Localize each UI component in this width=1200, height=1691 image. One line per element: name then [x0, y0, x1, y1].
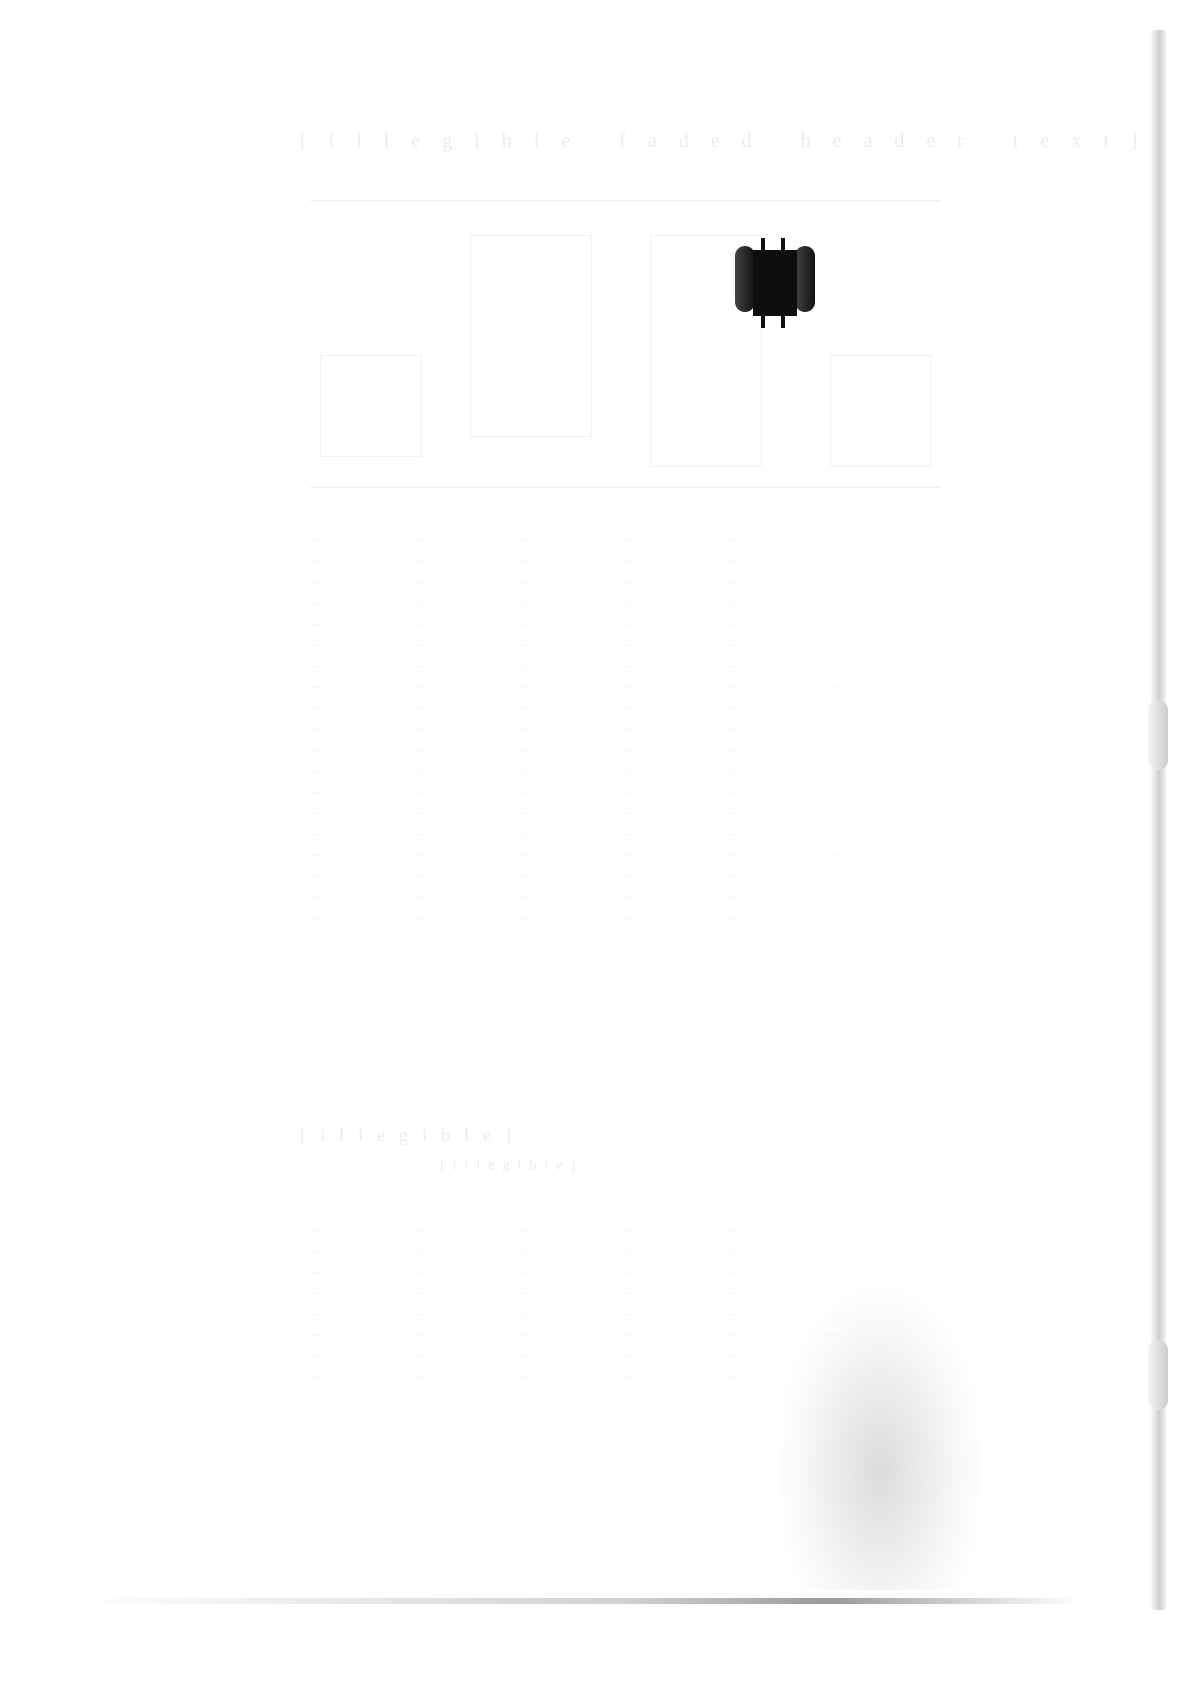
table-cell: ··· — [723, 661, 826, 673]
table-cell: ··· — [723, 619, 826, 631]
table-cell: ··· — [517, 703, 620, 715]
table-cell: ··· — [827, 745, 930, 757]
table-cell: ··· — [827, 619, 930, 631]
table-cell: ··· — [310, 808, 413, 820]
clip-body — [753, 250, 797, 316]
table-cell: ··· — [620, 913, 723, 925]
table-cell: ··· — [827, 808, 930, 820]
table-cell: ··· — [827, 1267, 930, 1279]
table-cell: ··· — [310, 640, 413, 652]
table-cell: ··· — [827, 661, 930, 673]
table-cell: ··· — [413, 829, 516, 841]
table-cell: ··· — [310, 892, 413, 904]
table-cell: ··· — [620, 850, 723, 862]
table-cell: ··· — [620, 619, 723, 631]
table-cell: ··· — [413, 661, 516, 673]
table-cell: ··· — [620, 1309, 723, 1321]
table-row: ·················· — [310, 1220, 930, 1241]
table-cell: ··· — [723, 1267, 826, 1279]
table-cell: ··· — [517, 745, 620, 757]
table-cell: ··· — [517, 850, 620, 862]
table-cell: ··· — [310, 913, 413, 925]
table-cell: ··· — [620, 724, 723, 736]
table-cell: ··· — [723, 703, 826, 715]
table-cell: ··· — [517, 682, 620, 694]
table-cell: ··· — [723, 556, 826, 568]
table-cell: ··· — [413, 682, 516, 694]
table-row: ·················· — [310, 908, 930, 929]
table-row: ·················· — [310, 551, 930, 572]
diagram-box — [470, 235, 592, 437]
table-row: ·················· — [310, 1241, 930, 1262]
binder-tab — [1148, 700, 1168, 770]
table-cell: ··· — [620, 661, 723, 673]
table-row: ·················· — [310, 866, 930, 887]
table-cell: ··· — [413, 577, 516, 589]
table-cell: ··· — [310, 1309, 413, 1321]
table-row: ·················· — [310, 824, 930, 845]
data-table-1: ········································… — [310, 530, 930, 929]
table-cell: ··· — [413, 1267, 516, 1279]
table-cell: ··· — [310, 1246, 413, 1258]
table-cell: ··· — [827, 913, 930, 925]
table-cell: ··· — [517, 871, 620, 883]
table-row: ·················· — [310, 530, 930, 551]
table-cell: ··· — [517, 808, 620, 820]
table-cell: ··· — [723, 766, 826, 778]
table-cell: ··· — [620, 577, 723, 589]
figure-caption: [illegible] — [300, 1125, 940, 1146]
clip-roll — [795, 246, 815, 312]
table-cell: ··· — [620, 829, 723, 841]
table-cell: ··· — [517, 1288, 620, 1300]
table-cell: ··· — [413, 745, 516, 757]
table-cell: ··· — [723, 892, 826, 904]
table-cell: ··· — [413, 556, 516, 568]
table-cell: ··· — [620, 808, 723, 820]
table-cell: ··· — [413, 535, 516, 547]
table-cell: ··· — [517, 829, 620, 841]
clip-pin — [761, 314, 765, 328]
table-cell: ··· — [413, 808, 516, 820]
table-cell: ··· — [413, 1246, 516, 1258]
table-cell: ··· — [413, 640, 516, 652]
table-cell: ··· — [310, 1351, 413, 1363]
table-cell: ··· — [620, 787, 723, 799]
table-cell: ··· — [723, 640, 826, 652]
table-cell: ··· — [517, 577, 620, 589]
table-cell: ··· — [827, 850, 930, 862]
table-row: ·················· — [310, 656, 930, 677]
table-cell: ··· — [413, 619, 516, 631]
table-cell: ··· — [413, 1225, 516, 1237]
table-cell: ··· — [827, 682, 930, 694]
table-cell: ··· — [413, 1372, 516, 1384]
table-cell: ··· — [310, 619, 413, 631]
table-cell: ··· — [827, 535, 930, 547]
table-cell: ··· — [620, 1330, 723, 1342]
table-cell: ··· — [723, 808, 826, 820]
table-cell: ··· — [310, 871, 413, 883]
page-bottom-edge — [80, 1598, 1080, 1604]
table-row: ·················· — [310, 635, 930, 656]
table-row: ·················· — [310, 740, 930, 761]
table-row: ·················· — [310, 761, 930, 782]
table-cell: ··· — [310, 1288, 413, 1300]
table-cell: ··· — [517, 1372, 620, 1384]
table-cell: ··· — [517, 1351, 620, 1363]
table-cell: ··· — [413, 598, 516, 610]
table-cell: ··· — [413, 892, 516, 904]
table-cell: ··· — [517, 661, 620, 673]
table-cell: ··· — [620, 640, 723, 652]
table-cell: ··· — [413, 1351, 516, 1363]
table-cell: ··· — [413, 1288, 516, 1300]
clip-pin — [781, 238, 785, 252]
table-cell: ··· — [827, 577, 930, 589]
table-cell: ··· — [827, 1225, 930, 1237]
table-cell: ··· — [413, 787, 516, 799]
table-row: ·················· — [310, 572, 930, 593]
table-row: ·················· — [310, 677, 930, 698]
table-cell: ··· — [310, 724, 413, 736]
table-cell: ··· — [620, 535, 723, 547]
binder-tab — [1148, 1340, 1168, 1410]
table-cell: ··· — [620, 1288, 723, 1300]
table-cell: ··· — [620, 1372, 723, 1384]
table-cell: ··· — [310, 661, 413, 673]
diagram-box — [320, 355, 422, 457]
table-cell: ··· — [413, 766, 516, 778]
table-cell: ··· — [517, 766, 620, 778]
table-cell: ··· — [517, 1330, 620, 1342]
clip-pin — [761, 238, 765, 252]
table-cell: ··· — [723, 577, 826, 589]
figure-diagram — [310, 205, 940, 475]
page-header: [illegible faded header text] — [300, 130, 940, 153]
figure-caption-2: [illegible] — [440, 1158, 1080, 1174]
table-cell: ··· — [413, 1309, 516, 1321]
table-cell: ··· — [827, 871, 930, 883]
table-cell: ··· — [310, 787, 413, 799]
table-cell: ··· — [517, 556, 620, 568]
table-cell: ··· — [517, 598, 620, 610]
table-cell: ··· — [310, 1330, 413, 1342]
table-cell: ··· — [310, 703, 413, 715]
table-cell: ··· — [310, 745, 413, 757]
table-row: ·················· — [310, 614, 930, 635]
table-cell: ··· — [310, 850, 413, 862]
table-cell: ··· — [723, 724, 826, 736]
table-row: ·················· — [310, 698, 930, 719]
table-cell: ··· — [310, 766, 413, 778]
table-cell: ··· — [310, 829, 413, 841]
table-cell: ··· — [310, 682, 413, 694]
table-cell: ··· — [723, 745, 826, 757]
table-cell: ··· — [310, 577, 413, 589]
table-row: ·················· — [310, 845, 930, 866]
table-row: ·················· — [310, 803, 930, 824]
table-cell: ··· — [620, 556, 723, 568]
table-cell: ··· — [517, 892, 620, 904]
table-row: ·················· — [310, 719, 930, 740]
table-cell: ··· — [723, 829, 826, 841]
table-cell: ··· — [620, 1267, 723, 1279]
table-cell: ··· — [413, 913, 516, 925]
table-cell: ··· — [827, 724, 930, 736]
top-rule — [310, 200, 940, 201]
table-cell: ··· — [723, 1246, 826, 1258]
table-cell: ··· — [827, 640, 930, 652]
table-cell: ··· — [517, 1225, 620, 1237]
table-row: ·················· — [310, 1262, 930, 1283]
table-cell: ··· — [827, 787, 930, 799]
table-cell: ··· — [413, 724, 516, 736]
table-cell: ··· — [620, 871, 723, 883]
table-cell: ··· — [517, 1246, 620, 1258]
table-cell: ··· — [723, 787, 826, 799]
table-cell: ··· — [827, 1246, 930, 1258]
table-cell: ··· — [620, 703, 723, 715]
diagram-box — [830, 355, 932, 467]
table-cell: ··· — [723, 850, 826, 862]
table-cell: ··· — [620, 745, 723, 757]
table-cell: ··· — [310, 1225, 413, 1237]
table-cell: ··· — [620, 682, 723, 694]
table-cell: ··· — [310, 598, 413, 610]
table-cell: ··· — [310, 1372, 413, 1384]
table-cell: ··· — [517, 1309, 620, 1321]
table-cell: ··· — [827, 556, 930, 568]
table-cell: ··· — [310, 535, 413, 547]
table-cell: ··· — [620, 1225, 723, 1237]
table-cell: ··· — [517, 913, 620, 925]
table-cell: ··· — [723, 598, 826, 610]
clip-pin — [781, 314, 785, 328]
table-cell: ··· — [413, 850, 516, 862]
table-cell: ··· — [827, 703, 930, 715]
table-cell: ··· — [413, 871, 516, 883]
table-cell: ··· — [517, 1267, 620, 1279]
table-cell: ··· — [413, 703, 516, 715]
table-cell: ··· — [517, 619, 620, 631]
table-cell: ··· — [620, 892, 723, 904]
table-row: ·················· — [310, 887, 930, 908]
clip-roll — [735, 246, 755, 312]
table-cell: ··· — [517, 640, 620, 652]
table-cell: ··· — [517, 535, 620, 547]
table-cell: ··· — [310, 556, 413, 568]
table-cell: ··· — [827, 598, 930, 610]
binder-clip-artifact — [735, 238, 815, 318]
table-cell: ··· — [723, 913, 826, 925]
table-cell: ··· — [620, 598, 723, 610]
table-cell: ··· — [517, 787, 620, 799]
table-cell: ··· — [620, 1246, 723, 1258]
table-row: ·················· — [310, 593, 930, 614]
table-row: ·················· — [310, 782, 930, 803]
table-cell: ··· — [723, 871, 826, 883]
table-cell: ··· — [620, 1351, 723, 1363]
table-cell: ··· — [723, 535, 826, 547]
scan-smudge — [780, 1290, 980, 1590]
table-cell: ··· — [723, 682, 826, 694]
table-cell: ··· — [517, 724, 620, 736]
table-cell: ··· — [827, 892, 930, 904]
table-cell: ··· — [413, 1330, 516, 1342]
bottom-rule — [310, 487, 940, 488]
table-cell: ··· — [723, 1225, 826, 1237]
table-cell: ··· — [827, 829, 930, 841]
table-cell: ··· — [827, 766, 930, 778]
table-cell: ··· — [310, 1267, 413, 1279]
table-cell: ··· — [620, 766, 723, 778]
